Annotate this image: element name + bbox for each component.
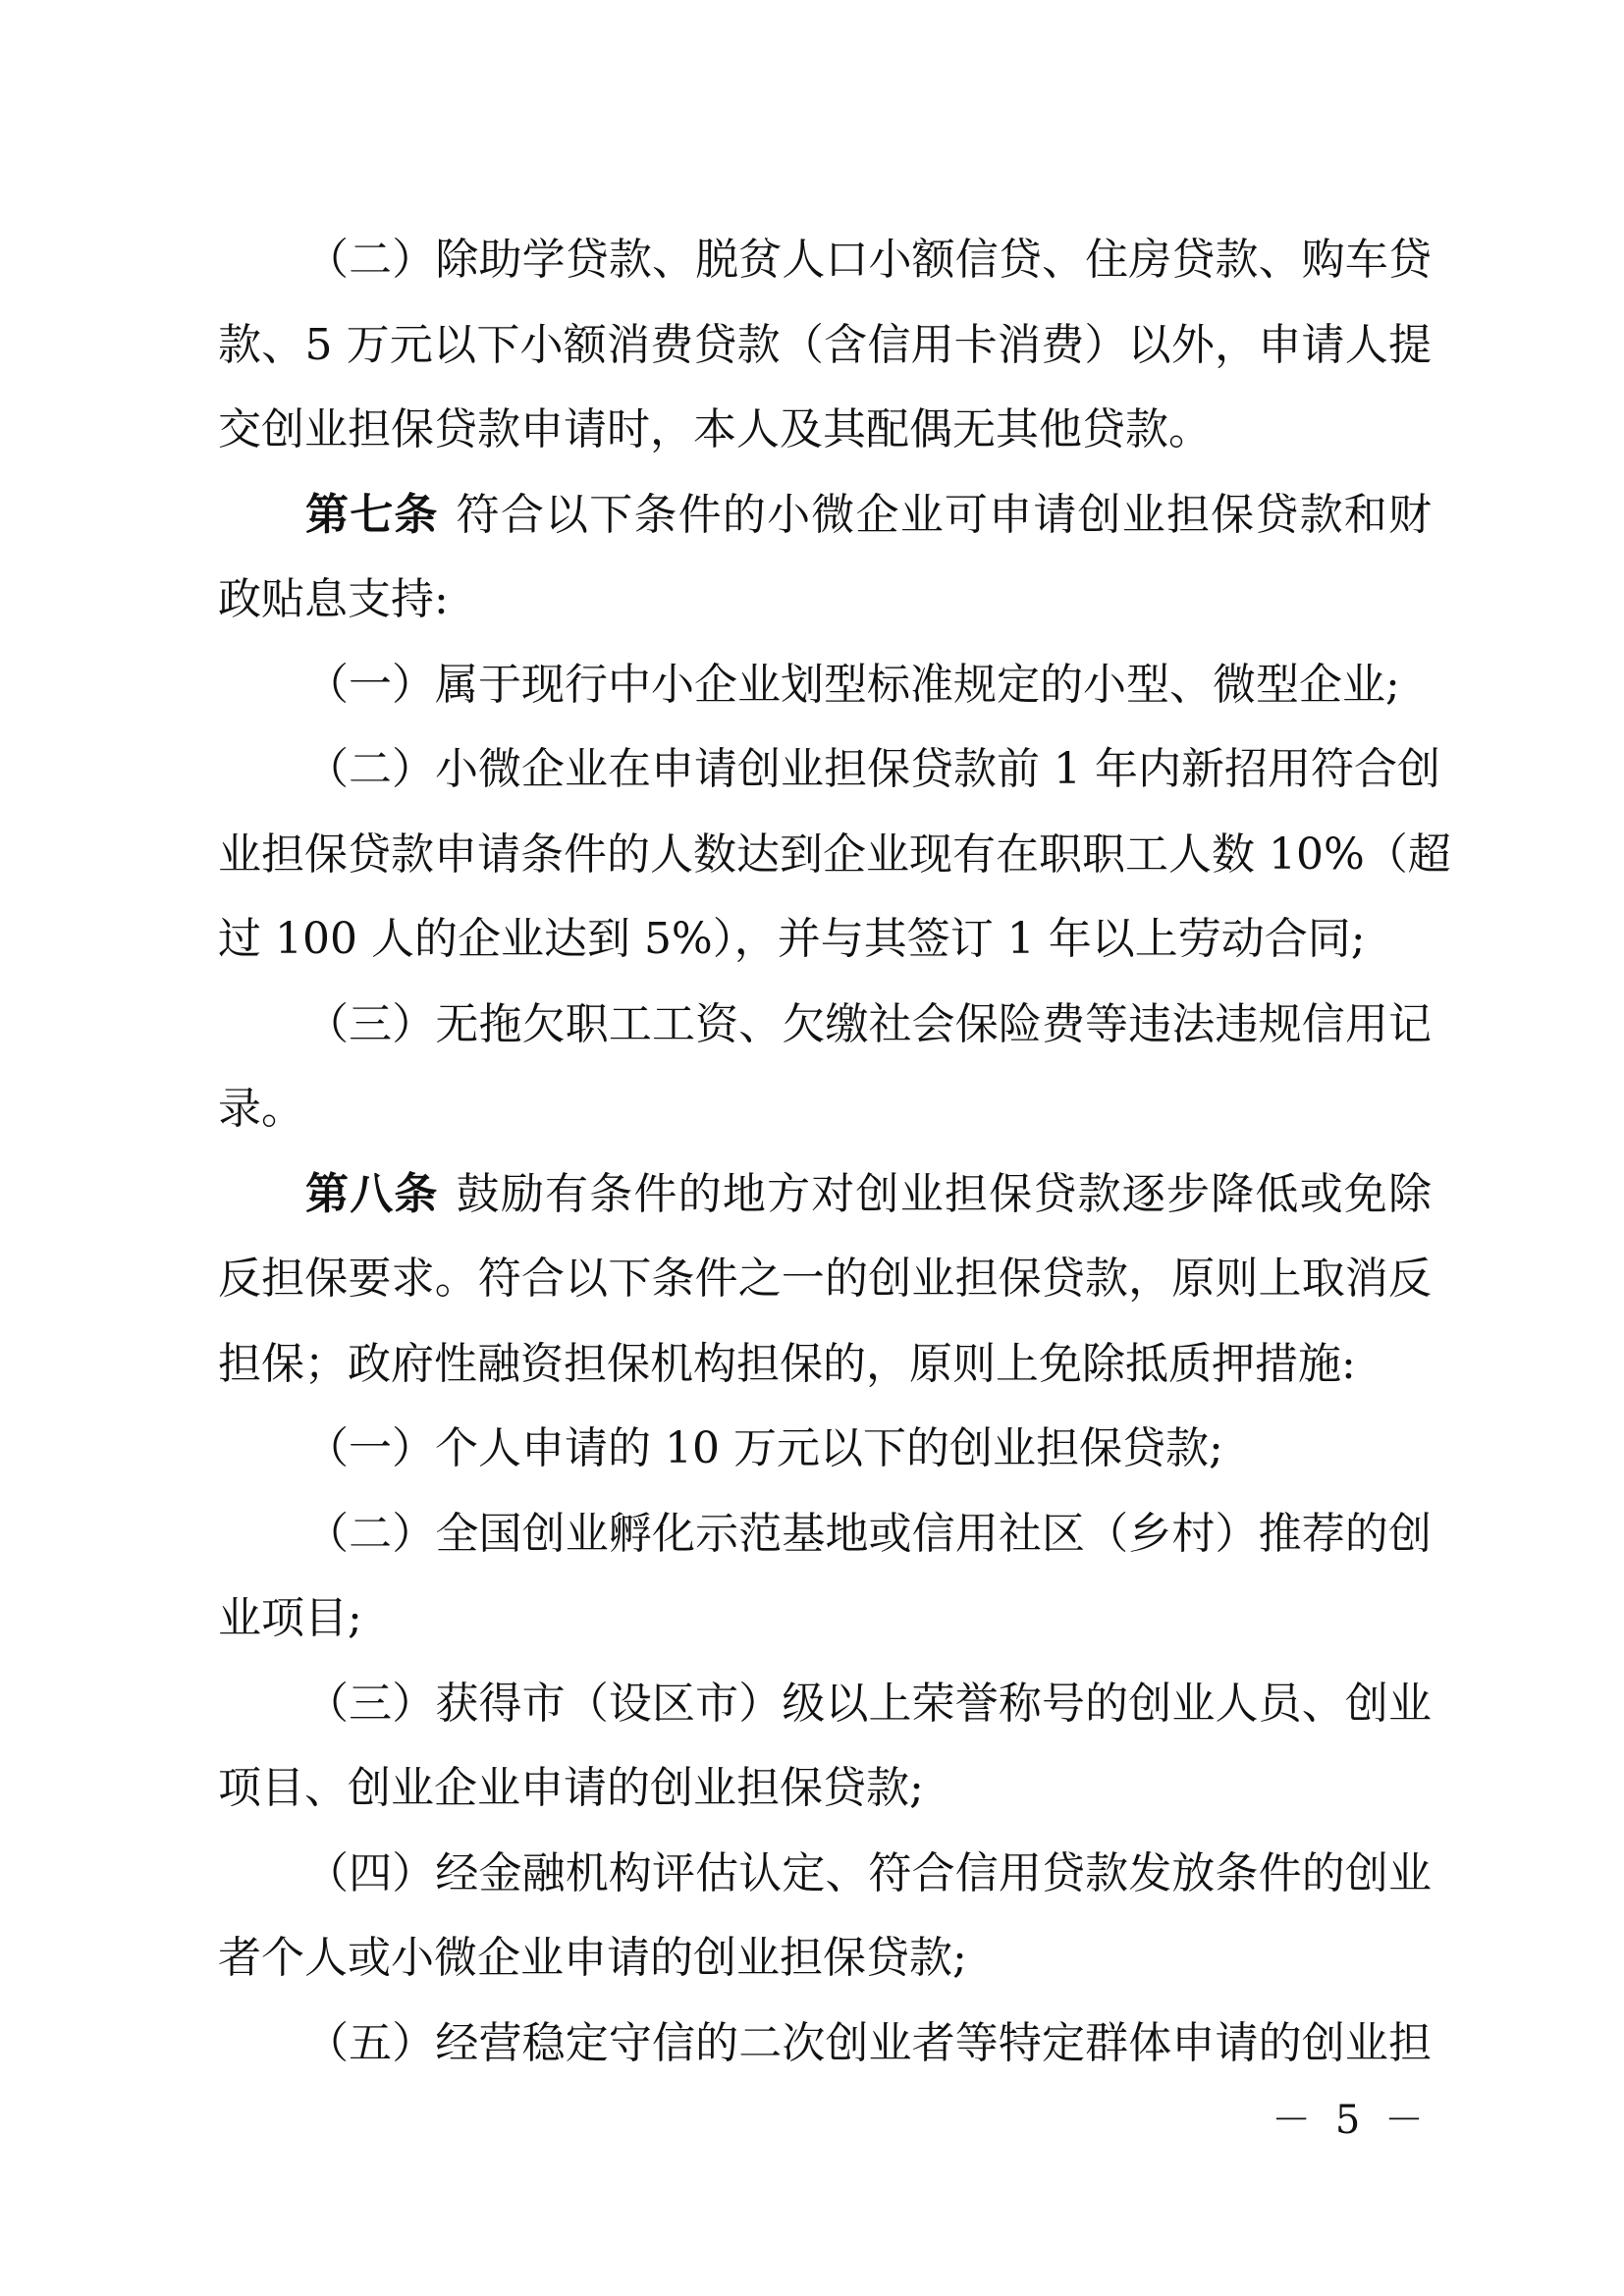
paragraph: （四）经金融机构评估认定、符合信用贷款发放条件的创业 者个人或小微企业申请的创业… xyxy=(218,1832,1432,2002)
paragraph: （一）个人申请的 10 万元以下的创业担保贷款; xyxy=(218,1407,1432,1492)
text-line: 款、5 万元以下小额消费贷款（含信用卡消费）以外，申请人提 xyxy=(218,303,1432,389)
text-line: 业项目; xyxy=(218,1576,1432,1662)
text-line: （五）经营稳定守信的二次创业者等特定群体申请的创业担 xyxy=(218,2002,1432,2087)
article-7: 第七条符合以下条件的小微企业可申请创业担保贷款和财 政贴息支持: xyxy=(218,473,1432,643)
text-line: 反担保要求。符合以下条件之一的创业担保贷款，原则上取消反 xyxy=(218,1237,1432,1322)
text-line: （四）经金融机构评估认定、符合信用贷款发放条件的创业 xyxy=(218,1832,1432,1917)
text-line: （一）个人申请的 10 万元以下的创业担保贷款; xyxy=(218,1407,1432,1492)
text-line: 第八条鼓励有条件的地方对创业担保贷款逐步降低或免除 xyxy=(218,1152,1432,1238)
text-line: 政贴息支持: xyxy=(218,558,1432,643)
document-page: （二）除助学贷款、脱贫人口小额信贷、住房贷款、购车贷 款、5 万元以下小额消费贷… xyxy=(218,218,1432,2086)
text-line: 项目、创业企业申请的创业担保贷款; xyxy=(218,1746,1432,1832)
text-line: （一）属于现行中小企业划型标准规定的小型、微型企业; xyxy=(218,643,1432,728)
paragraph: （三）无拖欠职工工资、欠缴社会保险费等违法违规信用记 录。 xyxy=(218,983,1432,1152)
text-line: 者个人或小微企业申请的创业担保贷款; xyxy=(218,1916,1432,2002)
text-line: 录。 xyxy=(218,1067,1432,1152)
text-line: 第七条符合以下条件的小微企业可申请创业担保贷款和财 xyxy=(218,473,1432,559)
paragraph: （二）除助学贷款、脱贫人口小额信贷、住房贷款、购车贷 款、5 万元以下小额消费贷… xyxy=(218,218,1432,473)
text-line: （二）小微企业在申请创业担保贷款前 1 年内新招用符合创 xyxy=(218,727,1432,813)
text-line: （三）无拖欠职工工资、欠缴社会保险费等违法违规信用记 xyxy=(218,983,1432,1068)
text-line: （三）获得市（设区市）级以上荣誉称号的创业人员、创业 xyxy=(218,1662,1432,1747)
article-heading: 第七条 xyxy=(305,490,439,540)
paragraph: （一）属于现行中小企业划型标准规定的小型、微型企业; xyxy=(218,643,1432,728)
paragraph: （二）小微企业在申请创业担保贷款前 1 年内新招用符合创 业担保贷款申请条件的人… xyxy=(218,727,1432,983)
page-number: － 5 － xyxy=(1272,2089,1430,2145)
paragraph: （二）全国创业孵化示范基地或信用社区（乡村）推荐的创 业项目; xyxy=(218,1492,1432,1662)
text-line: 交创业担保贷款申请时，本人及其配偶无其他贷款。 xyxy=(218,388,1432,473)
article-8: 第八条鼓励有条件的地方对创业担保贷款逐步降低或免除 反担保要求。符合以下条件之一… xyxy=(218,1152,1432,1408)
text-line: （二）全国创业孵化示范基地或信用社区（乡村）推荐的创 xyxy=(218,1492,1432,1577)
text-line: 过 100 人的企业达到 5%），并与其签订 1 年以上劳动合同; xyxy=(218,897,1432,983)
text-span: 符合以下条件的小微企业可申请创业担保贷款和财 xyxy=(457,490,1432,540)
text-line: （二）除助学贷款、脱贫人口小额信贷、住房贷款、购车贷 xyxy=(218,218,1432,303)
paragraph: （三）获得市（设区市）级以上荣誉称号的创业人员、创业 项目、创业企业申请的创业担… xyxy=(218,1662,1432,1832)
text-line: 担保；政府性融资担保机构担保的，原则上免除抵质押措施: xyxy=(218,1322,1432,1408)
article-heading: 第八条 xyxy=(305,1169,439,1219)
text-line: 业担保贷款申请条件的人数达到企业现有在职职工人数 10%（超 xyxy=(218,813,1432,898)
text-span: 鼓励有条件的地方对创业担保贷款逐步降低或免除 xyxy=(457,1169,1432,1219)
paragraph: （五）经营稳定守信的二次创业者等特定群体申请的创业担 xyxy=(218,2002,1432,2087)
